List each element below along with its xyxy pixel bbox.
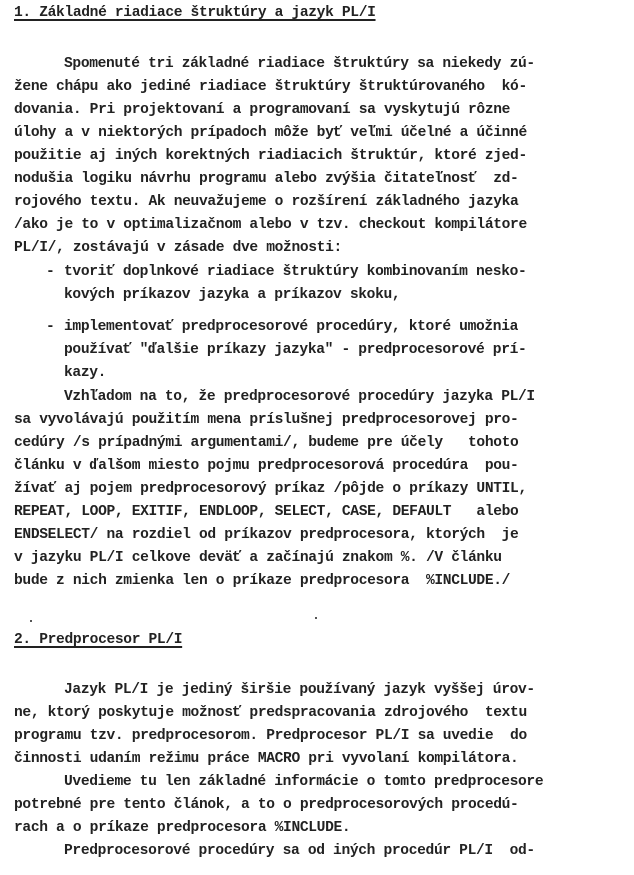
- paragraph-line: programu tzv. predprocesorom. Predproces…: [14, 727, 527, 745]
- bullet-marker: -: [46, 263, 54, 281]
- paragraph-line: sa vyvolávajú použitím mena príslušnej p…: [14, 411, 518, 429]
- section-1-heading: 1. Základné riadiace štruktúry a jazyk P…: [14, 4, 376, 22]
- bullet-line: kových príkazov jazyka a príkazov skoku,: [64, 286, 400, 304]
- bullet-line: používať "ďalšie príkazy jazyka" - predp…: [64, 341, 526, 359]
- paragraph-line: v jazyku PL/I celkove deväť a začínajú z…: [14, 549, 502, 567]
- paragraph-line: PL/I/, zostávajú v zásade dve možnosti:: [14, 239, 342, 257]
- section-2-heading: 2. Predprocesor PL/I: [14, 631, 182, 649]
- paragraph-line: použitie aj iných korektných riadiacich …: [14, 147, 527, 165]
- paragraph-line: dovania. Pri projektovaní a programovaní…: [14, 101, 510, 119]
- paragraph-line: bude z nich zmienka len o príkaze predpr…: [14, 572, 510, 590]
- paragraph-line: rojového textu. Ak neuvažujeme o rozšíre…: [14, 193, 518, 211]
- paragraph-line: úlohy a v niektorých prípadoch môže byť …: [14, 124, 527, 142]
- paragraph-line: potrebné pre tento článok, a to o predpr…: [14, 796, 518, 814]
- paragraph-line: ENDSELECT/ na rozdiel od príkazov predpr…: [14, 526, 518, 544]
- scan-speck: [315, 617, 317, 619]
- paragraph-line: cedúry /s prípadnými argumentami/, budem…: [14, 434, 518, 452]
- paragraph-line: nodušia logiku návrhu programu alebo zvý…: [14, 170, 518, 188]
- paragraph-line: činnosti udaním režimu práce MACRO pri v…: [14, 750, 518, 768]
- paragraph-line: Jazyk PL/I je jediný širšie používaný ja…: [64, 681, 535, 699]
- bullet-line: kazy.: [64, 364, 106, 382]
- paragraph-line: ne, ktorý poskytuje možnosť predspracova…: [14, 704, 527, 722]
- bullet-line: tvoriť doplnkové riadiace štruktúry komb…: [64, 263, 526, 281]
- paragraph-line: REPEAT, LOOP, EXITIF, ENDLOOP, SELECT, C…: [14, 503, 518, 521]
- paragraph-line: rach a o príkaze predprocesora %INCLUDE.: [14, 819, 350, 837]
- paragraph-line: žene chápu ako jediné riadiace štruktúry…: [14, 78, 527, 96]
- paragraph-line: Vzhľadom na to, že predprocesorové proce…: [64, 388, 535, 406]
- paragraph-line: článku v ďalšom miesto pojmu predproceso…: [14, 457, 518, 475]
- paragraph-line: /ako je to v optimalizačnom alebo v tzv.…: [14, 216, 527, 234]
- bullet-line: implementovať predprocesorové procedúry,…: [64, 318, 518, 336]
- document-page: 1. Základné riadiace štruktúry a jazyk P…: [0, 0, 634, 875]
- paragraph-line: Spomenuté tri základné riadiace štruktúr…: [64, 55, 535, 73]
- paragraph-line: Predprocesorové procedúry sa od iných pr…: [64, 842, 535, 860]
- scan-speck: [30, 620, 32, 622]
- paragraph-line: žívať aj pojem predprocesorový príkaz /p…: [14, 480, 527, 498]
- bullet-marker: -: [46, 318, 54, 336]
- paragraph-line: Uvedieme tu len základné informácie o to…: [64, 773, 543, 791]
